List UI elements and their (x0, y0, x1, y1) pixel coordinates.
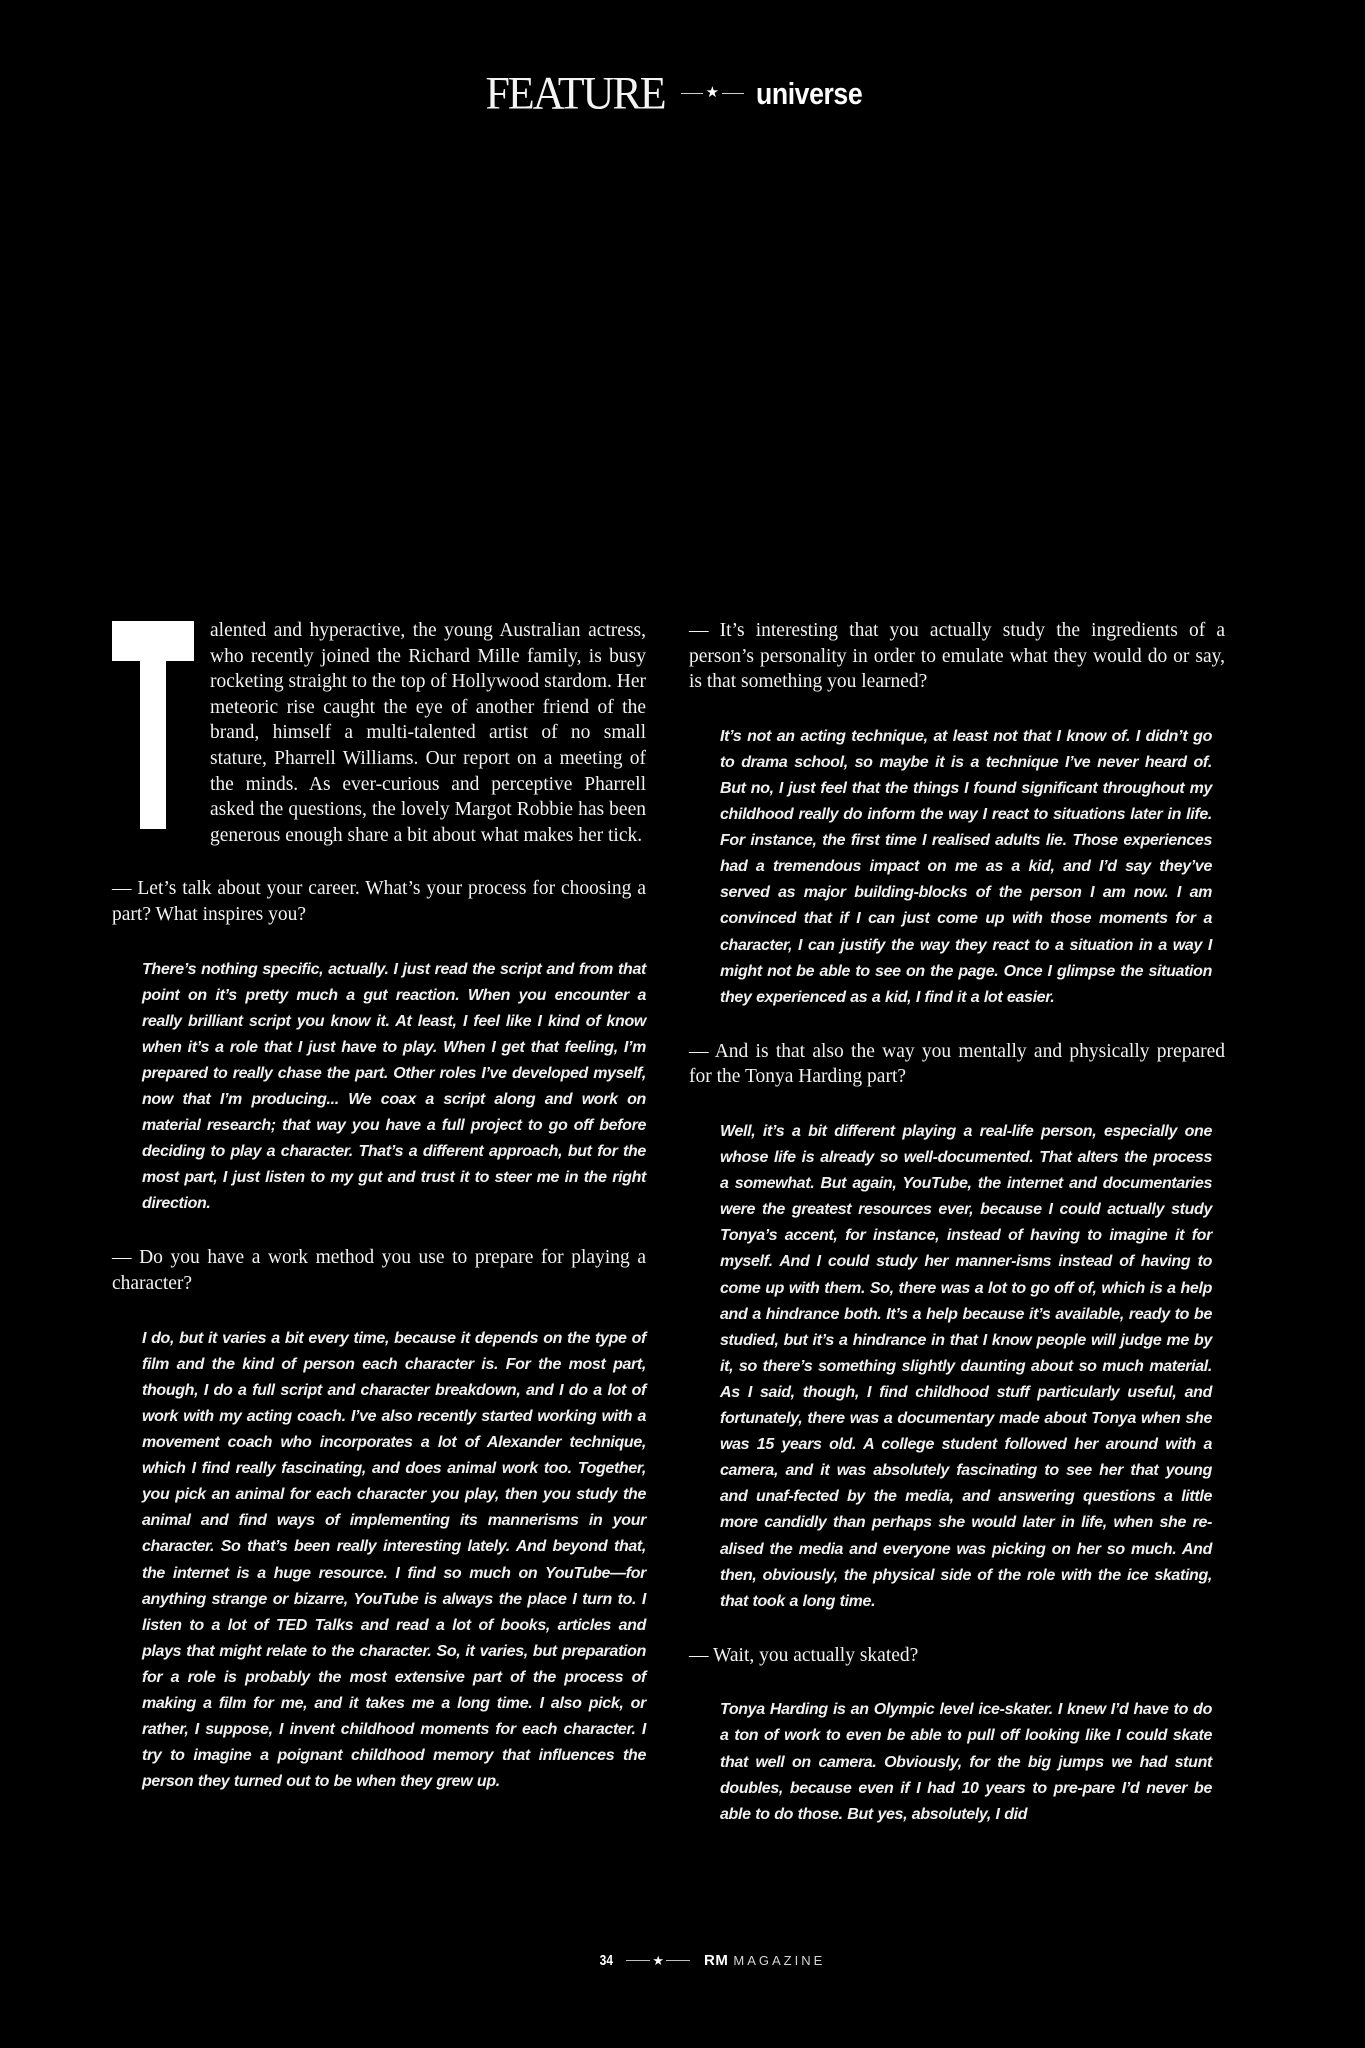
footer-separator: ★ (626, 1954, 690, 1967)
magazine-name: MAGAZINE (733, 1953, 825, 1968)
answer-text: Tonya Harding is an Olympic level ice-sk… (720, 1697, 1212, 1827)
star-icon: ★ (652, 1954, 664, 1967)
question-text: — Let’s talk about your career. What’s y… (112, 876, 646, 927)
question-text: — Wait, you actually skated? (689, 1643, 1225, 1669)
category-label: universe (756, 76, 862, 112)
star-icon: ★ (706, 86, 719, 101)
right-column: — It’s interesting that you actually stu… (689, 618, 1225, 1828)
answer-text: I do, but it varies a bit every time, be… (142, 1326, 646, 1796)
divider-line (722, 93, 744, 94)
drop-cap-stem (140, 621, 166, 829)
divider-line (666, 1960, 690, 1961)
answer-text: Well, it’s a bit different playing a rea… (720, 1119, 1212, 1615)
page-footer: 34 ★ RM MAGAZINE (0, 1952, 1365, 1970)
divider-line (626, 1960, 650, 1961)
page-header: FEATURE ★ universe (0, 68, 1365, 124)
header-separator: ★ (681, 86, 744, 101)
magazine-logo: RM (704, 1952, 728, 1969)
drop-cap: T (112, 621, 194, 831)
answer-text: There’s nothing specific, actually. I ju… (142, 957, 646, 1218)
question-text: — It’s interesting that you actually stu… (689, 618, 1225, 695)
question-text: — And is that also the way you mentally … (689, 1039, 1225, 1090)
page-number: 34 (599, 1952, 612, 1969)
answer-text: It’s not an acting technique, at least n… (720, 724, 1212, 1011)
left-column: T alented and hyperactive, the young Aus… (112, 618, 646, 1795)
question-text: — Do you have a work method you use to p… (112, 1245, 646, 1296)
section-label: FEATURE (485, 67, 664, 121)
divider-line (681, 93, 703, 94)
intro-paragraph: T alented and hyperactive, the young Aus… (112, 618, 646, 848)
